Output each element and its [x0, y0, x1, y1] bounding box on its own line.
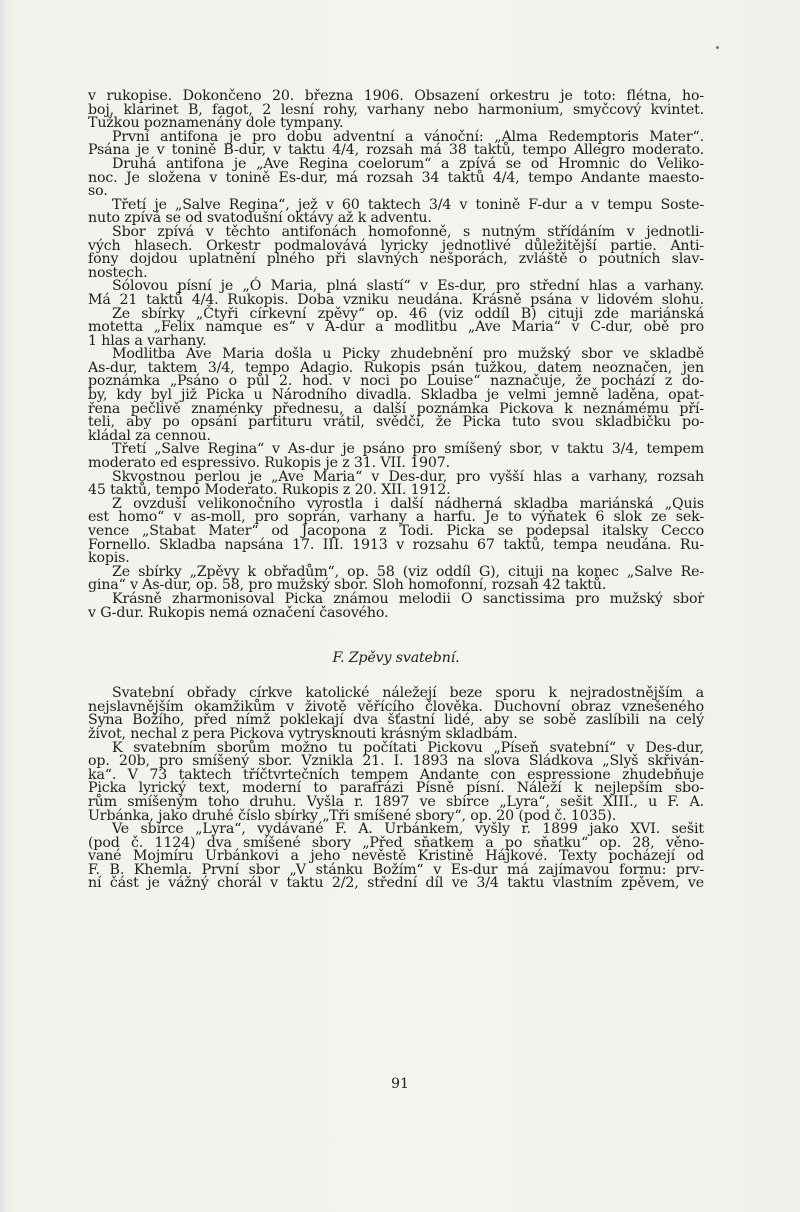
scanned-book-page: v rukopise. Dokončeno 20. března 1906. O… [0, 0, 800, 1212]
section-heading: F. Zpěvy svatební. [88, 650, 704, 666]
scan-speck [716, 46, 719, 49]
scan-speck [700, 592, 702, 594]
text-line: Fornello. Skladba napsána 17. III. 1913 … [88, 539, 704, 553]
text-line: noc. Je složena v tonině Es-dur, má rozs… [88, 172, 704, 186]
text-line: v G-dur. Rukopis nemá označení časového. [88, 607, 704, 621]
text-line: fony dojdou uplatnění plného při slavnýc… [88, 253, 704, 267]
text-before-heading: v rukopise. Dokončeno 20. března 1906. O… [88, 90, 704, 620]
text-after-heading: Svatební obřady církve katolické náležej… [88, 687, 704, 891]
body-text: v rukopise. Dokončeno 20. března 1906. O… [88, 90, 704, 891]
text-line: ní část je vážný chorál v taktu 2/2, stř… [88, 877, 704, 891]
page-number: 91 [0, 1076, 800, 1092]
